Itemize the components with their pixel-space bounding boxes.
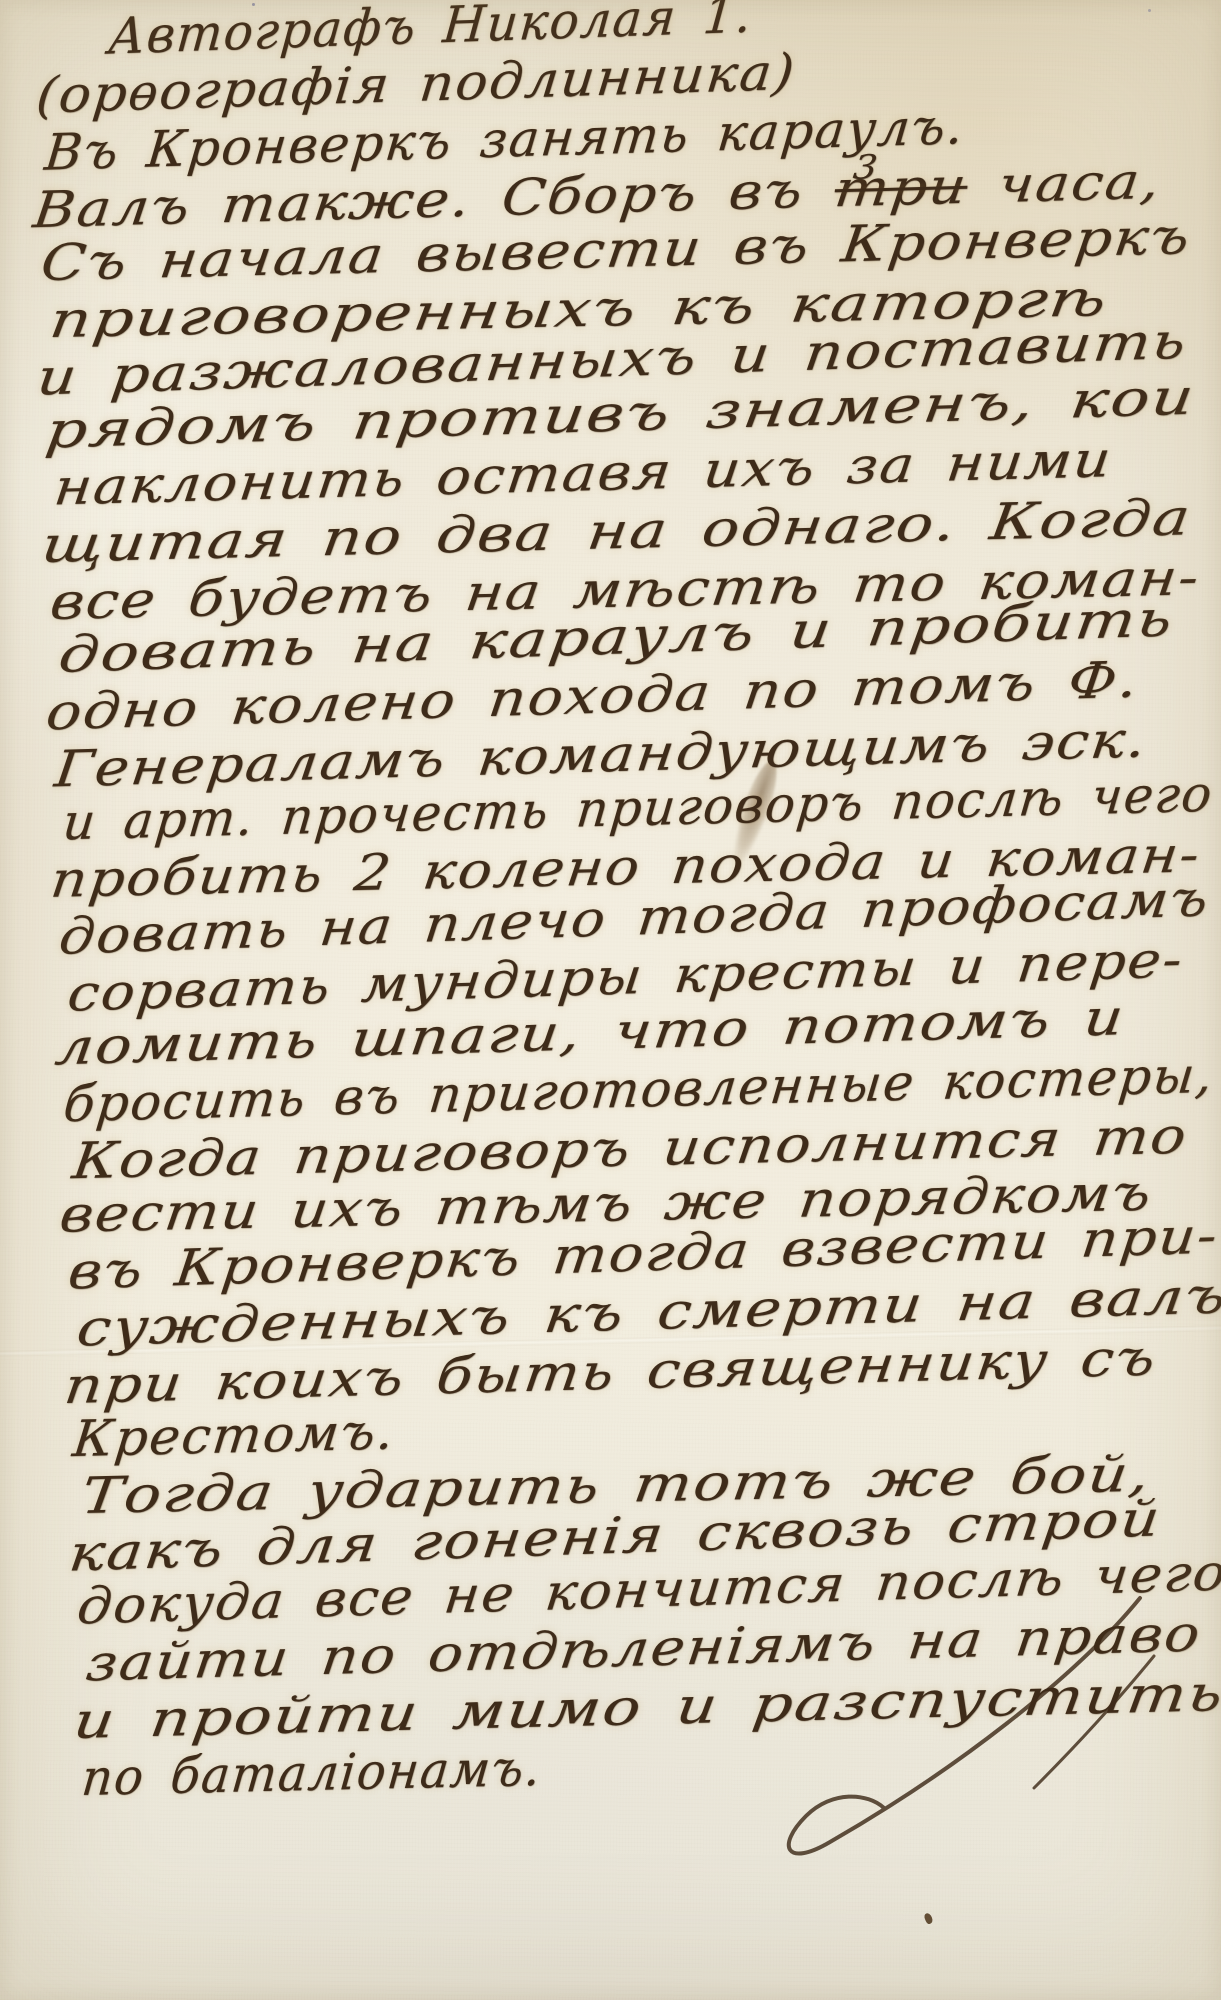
scan-area: Автографъ Николая 1.(орѳографія подлинни… bbox=[0, 0, 1221, 2000]
manuscript-text-block: Автографъ Николая 1.(орѳографія подлинни… bbox=[25, 0, 1221, 1804]
dust-speck bbox=[252, 3, 255, 6]
dust-speck bbox=[1148, 9, 1151, 12]
pen-flourish-icon bbox=[690, 1560, 1190, 1890]
text-segment: Крестомъ. bbox=[70, 1402, 398, 1468]
text-segment: часа, bbox=[964, 152, 1164, 215]
struck-out-word: три bbox=[832, 157, 971, 219]
text-segment: по баталіонамъ. bbox=[79, 1739, 544, 1807]
handwritten-text: по баталіонамъ. bbox=[79, 1740, 544, 1806]
scanned-manuscript-page: { "colors": { "ink": "#3e2b19", "paper":… bbox=[0, 0, 1221, 2000]
handwritten-text: Крестомъ. bbox=[70, 1403, 398, 1467]
